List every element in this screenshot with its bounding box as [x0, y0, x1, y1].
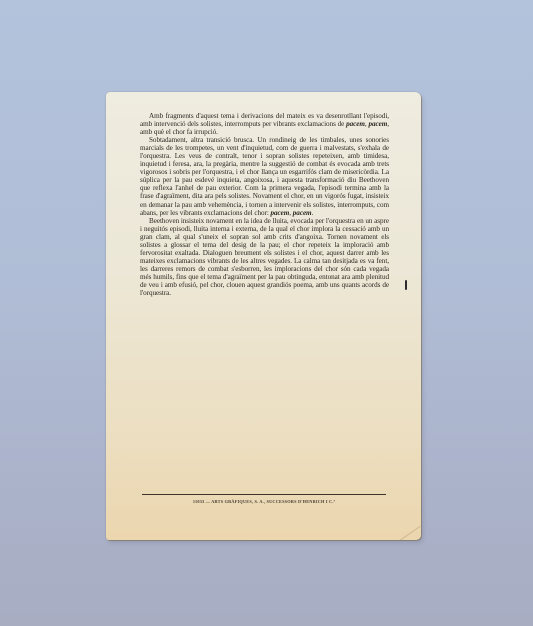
ink-mark [405, 280, 407, 290]
paragraph-2: Sobtadament, altra transició brusca. Un … [140, 136, 389, 216]
document-page: Amb fragments d'aquest tema i derivacion… [106, 92, 421, 540]
latin-exclamation: pacem [368, 120, 387, 128]
latin-exclamation: pacem [271, 209, 290, 217]
latin-exclamation: pacem [346, 120, 365, 128]
body-text: Amb fragments d'aquest tema i derivacion… [140, 112, 389, 297]
paragraph-3: Beethoven insisteix novament en la idea … [140, 217, 389, 297]
printer-credit: 11033 — ARTS GRÀFIQUES, S. A., SUCCESSOR… [142, 499, 386, 504]
footer-rule [142, 494, 386, 495]
paragraph-1: Amb fragments d'aquest tema i derivacion… [140, 112, 389, 136]
latin-exclamation: pacem [293, 209, 312, 217]
